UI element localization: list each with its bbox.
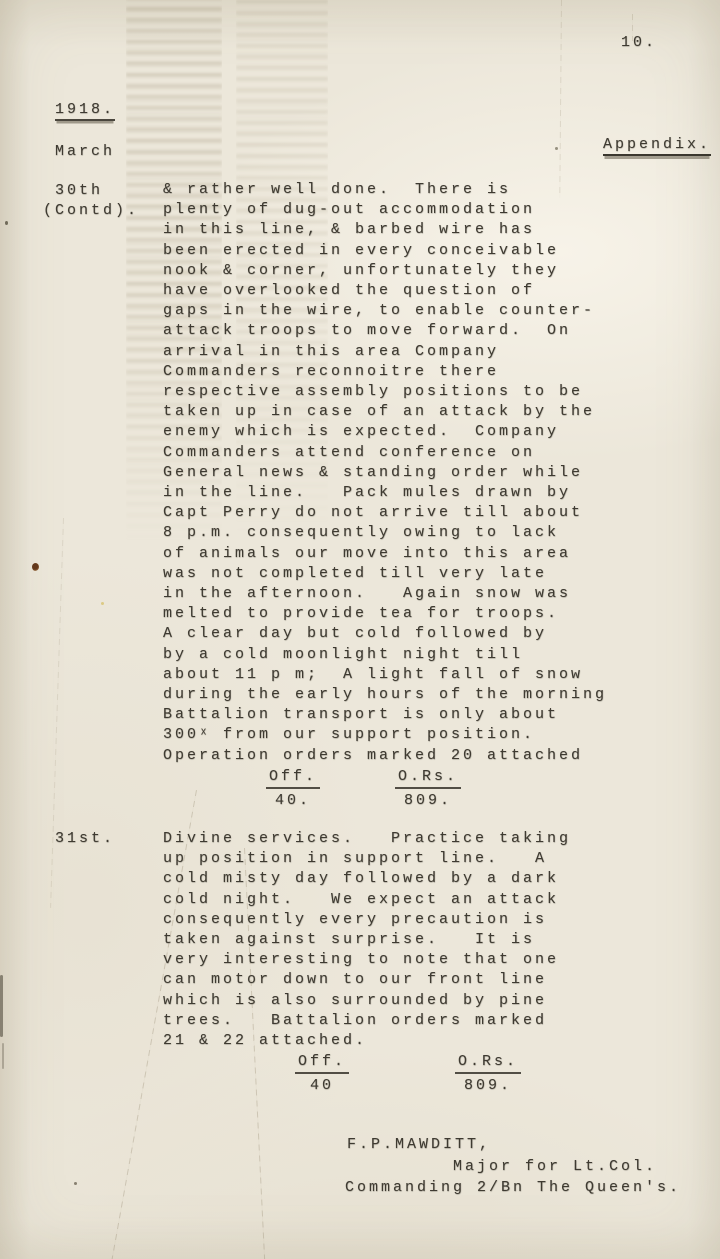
paper-edge-mark [0, 975, 3, 1037]
document-page: 10. 1918. March Appendix. 30th (Contd). … [0, 0, 720, 1259]
other-ranks-total-column: O.Rs. 809. [395, 768, 461, 810]
paper-crease [559, 0, 562, 198]
page-number: 10. [621, 33, 657, 53]
ink-blot [32, 563, 39, 571]
paper-speck [555, 147, 558, 150]
other-ranks-count: 809. [464, 1077, 512, 1095]
paper-edge-mark [2, 1043, 4, 1069]
officers-header: Off. [295, 1053, 349, 1074]
year-heading-text: 1918. [55, 101, 115, 121]
other-ranks-header: O.Rs. [395, 768, 461, 789]
other-ranks-count: 809. [404, 792, 452, 810]
entry-date: 31st. [55, 829, 115, 849]
officers-count: 40 [310, 1077, 334, 1095]
entry-body: & rather well done. There is plenty of d… [163, 180, 607, 766]
officers-count: 40. [275, 792, 311, 810]
year-heading: 1918. [55, 100, 115, 120]
other-ranks-total-column: O.Rs. 809. [455, 1053, 521, 1095]
entry-body: Divine services. Practice taking up posi… [163, 829, 571, 1051]
paper-speck [5, 221, 8, 225]
paper-crease [50, 518, 64, 908]
officers-total-column: Off. 40 [295, 1053, 349, 1095]
signature-name: F.P.MAWDITT, [347, 1135, 491, 1155]
paper-speck [101, 602, 104, 605]
appendix-heading: Appendix. [603, 135, 711, 155]
signature-unit: Commanding 2/Bn The Queen's. [345, 1178, 681, 1198]
officers-header: Off. [266, 768, 320, 789]
entry-date: 30th (Contd). [43, 181, 139, 221]
appendix-heading-text: Appendix. [603, 136, 711, 156]
signature-rank: Major for Lt.Col. [453, 1157, 657, 1177]
month-label: March [55, 142, 115, 162]
officers-total-column: Off. 40. [266, 768, 320, 810]
paper-speck [74, 1182, 77, 1185]
other-ranks-header: O.Rs. [455, 1053, 521, 1074]
